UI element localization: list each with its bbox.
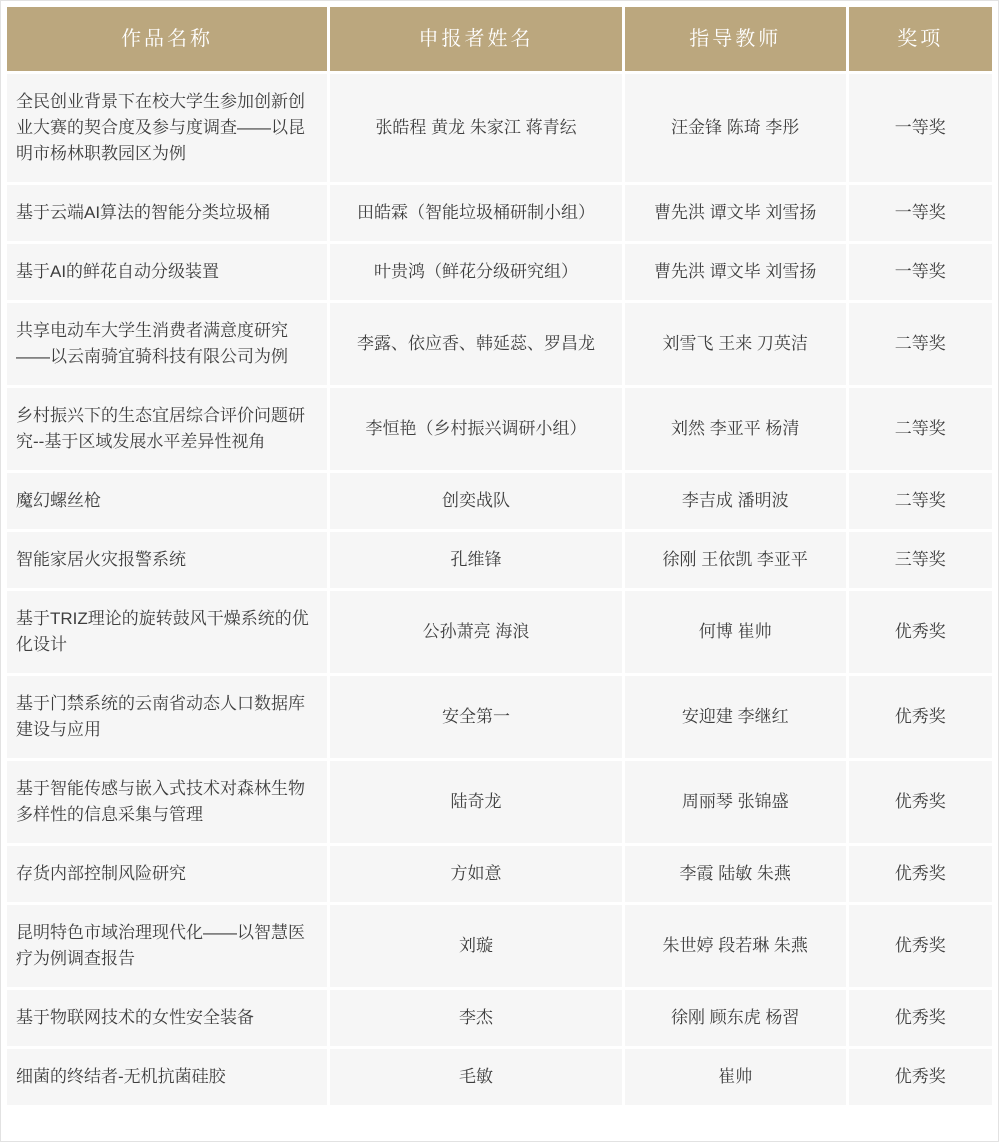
- work-title-cell: 基于云端AI算法的智能分类垃圾桶: [7, 185, 327, 241]
- award-cell: 一等奖: [849, 244, 993, 300]
- applicant-cell: 李露、依应香、韩延蕊、罗昌龙: [330, 303, 622, 385]
- advisors-cell: 汪金锋 陈琦 李彤: [625, 74, 846, 182]
- applicant-cell: 李恒艳（乡村振兴调研小组）: [330, 388, 622, 470]
- work-title-cell: 基于AI的鲜花自动分级装置: [7, 244, 327, 300]
- work-title-cell: 存货内部控制风险研究: [7, 846, 327, 902]
- advisors-cell: 刘然 李亚平 杨清: [625, 388, 846, 470]
- advisors-cell: 刘雪飞 王来 刀英洁: [625, 303, 846, 385]
- table-row: 基于云端AI算法的智能分类垃圾桶 田皓霖（智能垃圾桶研制小组） 曹先洪 谭文毕 …: [7, 185, 992, 241]
- table-row: 存货内部控制风险研究 方如意 李霞 陆敏 朱燕 优秀奖: [7, 846, 992, 902]
- work-title-cell: 细菌的终结者-无机抗菌硅胶: [7, 1049, 327, 1105]
- applicant-cell: 方如意: [330, 846, 622, 902]
- applicant-cell: 刘璇: [330, 905, 622, 987]
- table-row: 共享电动车大学生消费者满意度研究——以云南骑宜骑科技有限公司为例 李露、依应香、…: [7, 303, 992, 385]
- table-row: 智能家居火灾报警系统 孔维锋 徐刚 王依凯 李亚平 三等奖: [7, 532, 992, 588]
- table-row: 基于AI的鲜花自动分级装置 叶贵鸿（鲜花分级研究组） 曹先洪 谭文毕 刘雪扬 一…: [7, 244, 992, 300]
- work-title-cell: 智能家居火灾报警系统: [7, 532, 327, 588]
- table-row: 细菌的终结者-无机抗菌硅胶 毛敏 崔帅 优秀奖: [7, 1049, 992, 1105]
- applicant-cell: 张皓程 黄龙 朱家江 蒋青纭: [330, 74, 622, 182]
- advisors-cell: 周丽琴 张锦盛: [625, 761, 846, 843]
- work-title-cell: 基于门禁系统的云南省动态人口数据库建设与应用: [7, 676, 327, 758]
- applicant-cell: 田皓霖（智能垃圾桶研制小组）: [330, 185, 622, 241]
- work-title-cell: 共享电动车大学生消费者满意度研究——以云南骑宜骑科技有限公司为例: [7, 303, 327, 385]
- applicant-cell: 毛敏: [330, 1049, 622, 1105]
- table-row: 基于TRIZ理论的旋转鼓风干燥系统的优化设计 公孙萧亮 海浪 何博 崔帅 优秀奖: [7, 591, 992, 673]
- table-row: 全民创业背景下在校大学生参加创新创业大赛的契合度及参与度调查——以昆明市杨林职教…: [7, 74, 992, 182]
- advisors-cell: 曹先洪 谭文毕 刘雪扬: [625, 244, 846, 300]
- advisors-cell: 曹先洪 谭文毕 刘雪扬: [625, 185, 846, 241]
- advisors-cell: 徐刚 王依凯 李亚平: [625, 532, 846, 588]
- table-row: 昆明特色市域治理现代化——以智慧医疗为例调查报告 刘璇 朱世婷 段若琳 朱燕 优…: [7, 905, 992, 987]
- awards-table: 作品名称 申报者姓名 指导教师 奖项 全民创业背景下在校大学生参加创新创业大赛的…: [4, 4, 995, 1108]
- applicant-cell: 李杰: [330, 990, 622, 1046]
- advisors-cell: 徐刚 顾东虎 杨習: [625, 990, 846, 1046]
- applicant-cell: 创奕战队: [330, 473, 622, 529]
- award-cell: 二等奖: [849, 388, 993, 470]
- award-cell: 优秀奖: [849, 846, 993, 902]
- table-row: 基于智能传感与嵌入式技术对森林生物多样性的信息采集与管理 陆奇龙 周丽琴 张锦盛…: [7, 761, 992, 843]
- work-title-cell: 基于物联网技术的女性安全装备: [7, 990, 327, 1046]
- award-cell: 优秀奖: [849, 905, 993, 987]
- award-cell: 优秀奖: [849, 990, 993, 1046]
- advisors-cell: 安迎建 李继红: [625, 676, 846, 758]
- award-cell: 优秀奖: [849, 676, 993, 758]
- applicant-cell: 陆奇龙: [330, 761, 622, 843]
- applicant-cell: 孔维锋: [330, 532, 622, 588]
- work-title-cell: 昆明特色市域治理现代化——以智慧医疗为例调查报告: [7, 905, 327, 987]
- award-cell: 三等奖: [849, 532, 993, 588]
- advisors-cell: 李吉成 潘明波: [625, 473, 846, 529]
- advisors-cell: 崔帅: [625, 1049, 846, 1105]
- award-cell: 一等奖: [849, 74, 993, 182]
- advisors-cell: 李霞 陆敏 朱燕: [625, 846, 846, 902]
- applicant-cell: 安全第一: [330, 676, 622, 758]
- column-header-applicant: 申报者姓名: [330, 7, 622, 71]
- column-header-work-title: 作品名称: [7, 7, 327, 71]
- work-title-cell: 基于智能传感与嵌入式技术对森林生物多样性的信息采集与管理: [7, 761, 327, 843]
- award-cell: 优秀奖: [849, 761, 993, 843]
- table-row: 魔幻螺丝枪 创奕战队 李吉成 潘明波 二等奖: [7, 473, 992, 529]
- advisors-cell: 何博 崔帅: [625, 591, 846, 673]
- column-header-advisors: 指导教师: [625, 7, 846, 71]
- column-header-award: 奖项: [849, 7, 993, 71]
- table-row: 乡村振兴下的生态宜居综合评价问题研究--基于区域发展水平差异性视角 李恒艳（乡村…: [7, 388, 992, 470]
- table-row: 基于门禁系统的云南省动态人口数据库建设与应用 安全第一 安迎建 李继红 优秀奖: [7, 676, 992, 758]
- award-cell: 优秀奖: [849, 591, 993, 673]
- applicant-cell: 叶贵鸿（鲜花分级研究组）: [330, 244, 622, 300]
- award-cell: 二等奖: [849, 303, 993, 385]
- work-title-cell: 魔幻螺丝枪: [7, 473, 327, 529]
- award-cell: 二等奖: [849, 473, 993, 529]
- work-title-cell: 乡村振兴下的生态宜居综合评价问题研究--基于区域发展水平差异性视角: [7, 388, 327, 470]
- work-title-cell: 全民创业背景下在校大学生参加创新创业大赛的契合度及参与度调查——以昆明市杨林职教…: [7, 74, 327, 182]
- award-cell: 优秀奖: [849, 1049, 993, 1105]
- work-title-cell: 基于TRIZ理论的旋转鼓风干燥系统的优化设计: [7, 591, 327, 673]
- applicant-cell: 公孙萧亮 海浪: [330, 591, 622, 673]
- header-row: 作品名称 申报者姓名 指导教师 奖项: [7, 7, 992, 71]
- award-cell: 一等奖: [849, 185, 993, 241]
- table-row: 基于物联网技术的女性安全装备 李杰 徐刚 顾东虎 杨習 优秀奖: [7, 990, 992, 1046]
- advisors-cell: 朱世婷 段若琳 朱燕: [625, 905, 846, 987]
- awards-table-page: 作品名称 申报者姓名 指导教师 奖项 全民创业背景下在校大学生参加创新创业大赛的…: [0, 0, 999, 1142]
